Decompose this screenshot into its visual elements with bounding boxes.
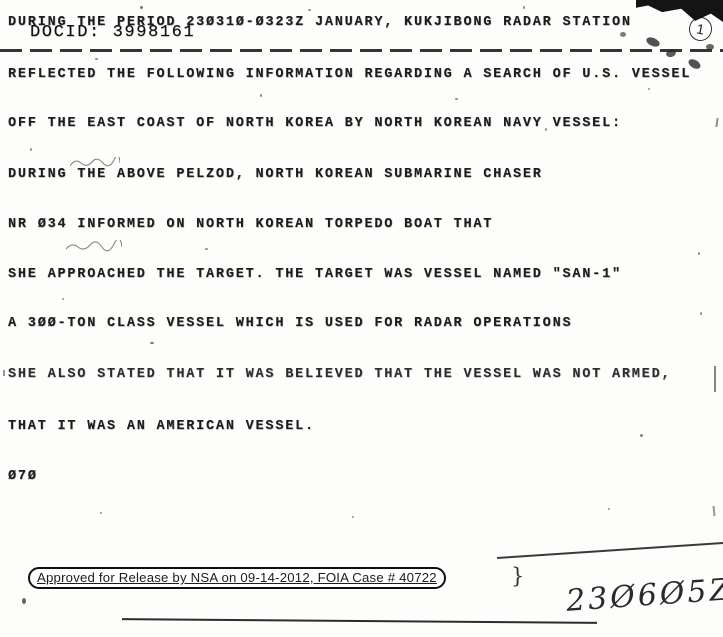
ink-smudge bbox=[706, 44, 714, 50]
typed-line-3: OFF THE EAST COAST OF NORTH KOREA BY NOR… bbox=[8, 116, 622, 131]
scan-line-right bbox=[497, 542, 723, 559]
margin-tick bbox=[715, 118, 718, 127]
ink-speck bbox=[352, 516, 354, 518]
scanned-document: { "doc": { "docid": "DOCID: 3998161", "p… bbox=[0, 0, 723, 637]
ink-speck bbox=[698, 252, 700, 255]
page-number: 1 bbox=[695, 20, 705, 37]
ink-speck bbox=[308, 9, 311, 11]
ink-smudge bbox=[665, 49, 676, 58]
margin-tick bbox=[9, 120, 11, 125]
ink-speck bbox=[608, 508, 610, 510]
ink-speck bbox=[455, 98, 458, 100]
ink-speck bbox=[95, 58, 98, 60]
document-page: DURING THE PERIOD 23Ø31Ø-Ø323Z JANUARY, … bbox=[0, 0, 723, 637]
typed-line-4: DURING THE ABOVE PELZOD, NORTH KOREAN SU… bbox=[8, 167, 543, 182]
ink-speck bbox=[545, 128, 547, 131]
margin-tick bbox=[3, 370, 5, 376]
typed-line-8: SHE ALSO STATED THAT IT WAS BELIEVED THA… bbox=[8, 367, 671, 382]
scan-line-bottom bbox=[122, 618, 597, 624]
pen-squiggle bbox=[70, 157, 120, 169]
ink-speck bbox=[22, 598, 26, 604]
typed-line-7: A 3ØØ-TON CLASS VESSEL WHICH IS USED FOR… bbox=[8, 316, 572, 331]
ink-speck bbox=[100, 512, 102, 514]
ink-speck bbox=[648, 88, 650, 90]
typed-line-5: NR Ø34 INFORMED ON NORTH KOREAN TORPEDO … bbox=[8, 217, 493, 232]
scan-artifact-corner-blob bbox=[636, 0, 723, 22]
typed-line-2: REFLECTED THE FOLLOWING INFORMATION REGA… bbox=[8, 67, 691, 82]
page-number-circled: 1 bbox=[687, 15, 714, 43]
handwritten-datetime: 23Ø6Ø5Z bbox=[565, 572, 723, 619]
ink-speck bbox=[150, 342, 154, 344]
ink-speck bbox=[205, 248, 208, 250]
docid-stamp: DOCID: 3998161 bbox=[30, 23, 195, 42]
margin-tick bbox=[712, 506, 715, 516]
margin-tick bbox=[714, 366, 716, 392]
ink-speck bbox=[523, 6, 525, 9]
ink-speck bbox=[700, 312, 702, 315]
ink-speck bbox=[62, 298, 64, 300]
divider-dashed-line bbox=[0, 49, 723, 52]
typed-line-9: THAT IT WAS AN AMERICAN VESSEL. bbox=[8, 419, 315, 434]
ink-speck bbox=[640, 434, 643, 437]
ink-speck bbox=[140, 6, 143, 9]
ink-smudge bbox=[620, 32, 626, 37]
ink-smudge bbox=[645, 35, 661, 48]
typed-line-6: SHE APPROACHED THE TARGET. THE TARGET WA… bbox=[8, 267, 622, 282]
ink-speck bbox=[260, 94, 262, 97]
approval-stamp: Approved for Release by NSA on 09-14-201… bbox=[28, 567, 446, 589]
ink-speck bbox=[30, 148, 32, 151]
pen-squiggle bbox=[66, 240, 122, 252]
margin-brace-mark: } bbox=[511, 564, 524, 588]
typed-line-10: Ø7Ø bbox=[8, 469, 38, 484]
